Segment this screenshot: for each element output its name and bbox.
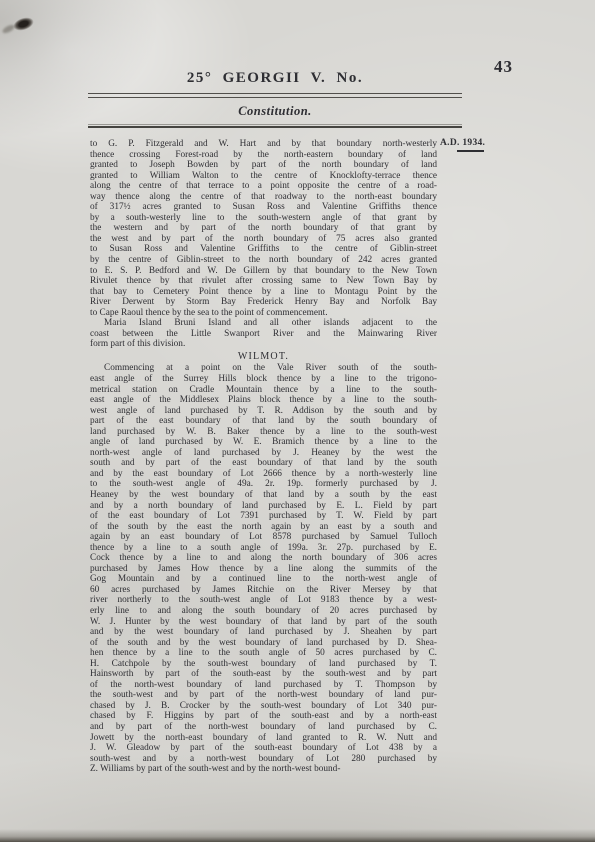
- text-line: the western and by part of the north bou…: [90, 223, 437, 234]
- text-line: granted to William Walton to the centre …: [90, 171, 437, 182]
- text-line: Cock thence by a line to and along the n…: [90, 553, 437, 564]
- margin-note-text: A.D. 1934.: [440, 138, 485, 148]
- section-title: Constitution.: [88, 104, 462, 119]
- text-line: purchased by James How thence by a line …: [90, 564, 437, 575]
- text-line: Jowett by the north-east boundary of lan…: [90, 733, 437, 744]
- text-line: east angle of the Middlesex Plains block…: [90, 395, 437, 406]
- text-line: of the north-west boundary of land purch…: [90, 680, 437, 691]
- text-line: along the centre of that terrace to a po…: [90, 181, 437, 192]
- text-line: river northerly to the south-west angle …: [90, 595, 437, 606]
- text-line: Maria Island Bruni Island and all other …: [90, 318, 437, 329]
- text-line: thence crossing Forest-road by the north…: [90, 150, 437, 161]
- text-line: W. J. Hunter by the west boundary of tha…: [90, 617, 437, 628]
- text-line: land purchased by W. B. Baker thence by …: [90, 427, 437, 438]
- text-line: and by part of the north-west boundary o…: [90, 722, 437, 733]
- text-line: Gog Mountain and by a continued line to …: [90, 574, 437, 585]
- text-line: J. W. Gleadow by part of the south-east …: [90, 743, 437, 754]
- page-edge-shadow: [0, 829, 595, 842]
- text-line: to the south-west angle of 49a. 2r. 19p.…: [90, 479, 437, 490]
- text-line: west angle of land purchased by T. R. Ad…: [90, 406, 437, 417]
- text-line: Commencing at a point on the Vale River …: [90, 363, 437, 374]
- text-line: north-west angle of land purchased by J.…: [90, 448, 437, 459]
- text-line: part of the east boundary of that land b…: [90, 416, 437, 427]
- text-line: by a south-westerly line to the south-we…: [90, 213, 437, 224]
- paragraph: Maria Island Bruni Island and all other …: [90, 318, 437, 350]
- text-line: of 317½ acres granted to Susan Ross and …: [90, 202, 437, 213]
- header-rule-top: [88, 93, 462, 98]
- text-line: Heaney by the west boundary of that land…: [90, 490, 437, 501]
- text-line: to Cape Raoul thence by the sea to the p…: [90, 308, 437, 319]
- division-heading: WILMOT.: [90, 351, 437, 363]
- text-line: east angle of the Surrey Hills block the…: [90, 374, 437, 385]
- text-line: Z. Williams by part of the south-west an…: [90, 764, 437, 775]
- text-line: of the south and by the west boundary of…: [90, 638, 437, 649]
- text-line: again by an east boundary of Lot 8578 pu…: [90, 532, 437, 543]
- text-line: metrical station on Cradle Mountain then…: [90, 385, 437, 396]
- text-line: and by the east boundary of Lot 2666 the…: [90, 469, 437, 480]
- paragraph: Commencing at a point on the Vale River …: [90, 363, 437, 774]
- text-line: erly line to and along the south boundar…: [90, 606, 437, 617]
- body-text: to G. P. Fitzgerald and W. Hart and by t…: [90, 139, 437, 775]
- text-line: 60 acres purchased by James Ritchie on t…: [90, 585, 437, 596]
- text-line: way thence along the centre of that road…: [90, 192, 437, 203]
- text-line: thence by a line to a south angle of 199…: [90, 543, 437, 554]
- text-line: form part of this division.: [90, 339, 437, 350]
- text-line: hen thence by a line to the south angle …: [90, 648, 437, 659]
- text-line: granted to Joseph Bowden by part of the …: [90, 160, 437, 171]
- text-line: to E. S. P. Bedford and W. De Gillern by…: [90, 266, 437, 277]
- text-line: by the centre of Giblin-street to the no…: [90, 255, 437, 266]
- text-line: south-west and by a north-west boundary …: [90, 754, 437, 765]
- text-line: to G. P. Fitzgerald and W. Hart and by t…: [90, 139, 437, 150]
- paragraph: to G. P. Fitzgerald and W. Hart and by t…: [90, 139, 437, 318]
- text-line: River Derwent by Storm Bay Frederick Hen…: [90, 297, 437, 308]
- text-line: H. Catchpole by the south-west boundary …: [90, 659, 437, 670]
- running-title: 25° GEORGII V. No.: [88, 68, 462, 88]
- text-line: and by the west boundary of land purchas…: [90, 627, 437, 638]
- text-line: of the south by the east the north again…: [90, 522, 437, 533]
- text-line: that bay to Cemetery Point thence by a l…: [90, 287, 437, 298]
- text-line: to Susan Ross and Valentine Griffiths to…: [90, 244, 437, 255]
- page-header: 25° GEORGII V. No. Constitution.: [88, 68, 462, 128]
- margin-note-rule: [457, 150, 484, 152]
- header-rule-bottom: [88, 124, 462, 128]
- text-line: of the east boundary of Lot 7391 purchas…: [90, 511, 437, 522]
- margin-note: A.D. 1934.: [440, 138, 485, 152]
- text-line: Hainsworth by part of the south-east by …: [90, 669, 437, 680]
- text-line: and by a north boundary of land purchase…: [90, 501, 437, 512]
- text-line: chased by J. B. Crocker by the south-wes…: [90, 701, 437, 712]
- text-line: the west and by part of the north bounda…: [90, 234, 437, 245]
- text-line: south and by part of the east boundary o…: [90, 458, 437, 469]
- text-line: the south-west and by part of the north-…: [90, 690, 437, 701]
- text-line: coast between the Little Swanport River …: [90, 329, 437, 340]
- scanned-page: 43 25° GEORGII V. No. Constitution. A.D.…: [0, 0, 595, 842]
- text-line: angle of land purchased by W. E. Bramich…: [90, 437, 437, 448]
- text-line: chased by F. Higgins by part of the sout…: [90, 711, 437, 722]
- text-line: Rivulet thence by that rivulet after cro…: [90, 276, 437, 287]
- page-number: 43: [494, 57, 513, 77]
